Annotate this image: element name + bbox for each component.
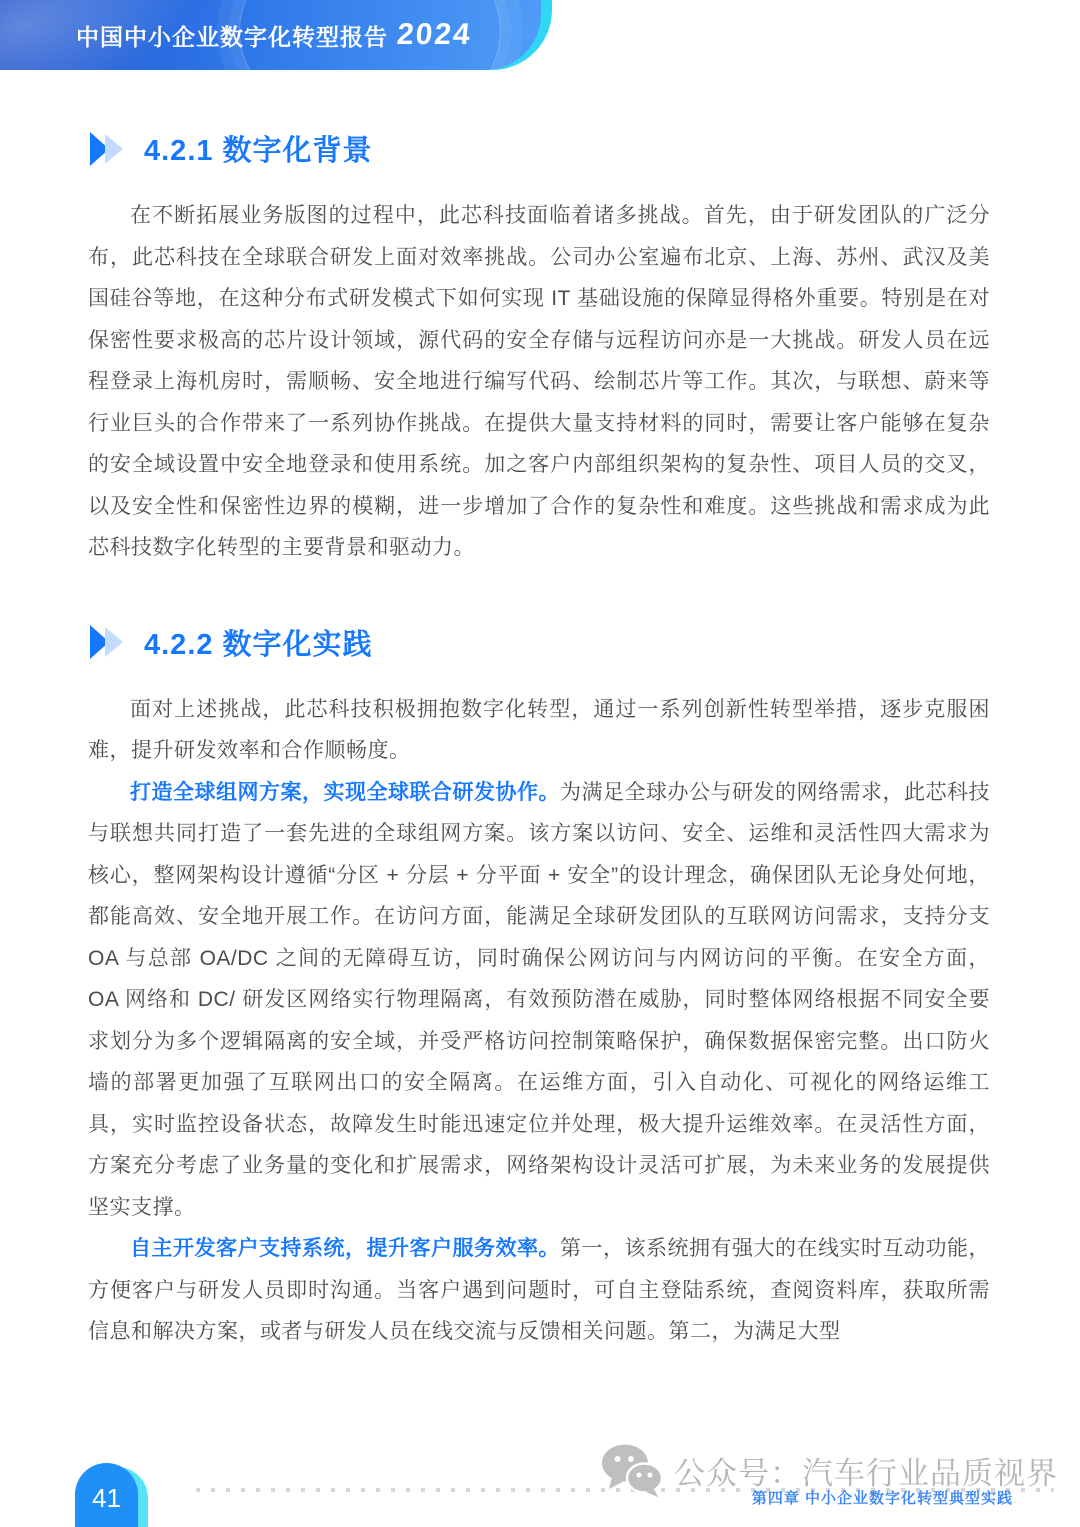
section-title-422: 4.2.2 数字化实践 (144, 622, 373, 663)
page-content: 4.2.1 数字化背景 在不断拓展业务版图的过程中，此芯科技面临着诸多挑战。首先… (88, 128, 990, 1353)
point-lead-text: 自主开发客户支持系统，提升客户服务效率。 (130, 1237, 560, 1260)
double-arrow-icon (90, 131, 130, 167)
chapter-label: 第四章 中小企业数字化转型典型实践 (752, 1487, 1013, 1508)
page-number-badge: 41 (75, 1463, 138, 1527)
report-page: 中国中小企业数字化转型报告 2024 4.2.1 数字化背景 在不断拓展业务版图… (0, 0, 1080, 1527)
report-header-banner: 中国中小企业数字化转型报告 2024 (0, 0, 541, 70)
page-number: 41 (92, 1483, 121, 1514)
banner-content: 中国中小企业数字化转型报告 2024 (0, 0, 541, 70)
point-body-text: 为满足全球办公与研发的网络需求，此芯科技与联想共同打造了一套先进的全球组网方案。… (88, 781, 990, 1219)
background-paragraph: 在不断拓展业务版图的过程中，此芯科技面临着诸多挑战。首先，由于研发团队的广泛分布… (88, 195, 990, 569)
practice-point-1: 打造全球组网方案，实现全球联合研发协作。为满足全球办公与研发的网络需求，此芯科技… (88, 772, 990, 1229)
practice-point-2: 自主开发客户支持系统，提升客户服务效率。第一，该系统拥有强大的在线实时互动功能，… (88, 1228, 990, 1353)
wechat-icon (600, 1443, 664, 1497)
point-lead-text: 打造全球组网方案，实现全球联合研发协作。 (130, 781, 560, 804)
report-title: 中国中小企业数字化转型报告 (76, 19, 388, 52)
section-title-421: 4.2.1 数字化背景 (144, 128, 373, 169)
section-heading-422: 4.2.2 数字化实践 (90, 622, 990, 663)
double-arrow-icon (90, 624, 130, 660)
section-heading-421: 4.2.1 数字化背景 (90, 128, 990, 169)
practice-intro-paragraph: 面对上述挑战，此芯科技积极拥抱数字化转型，通过一系列创新性转型举措，逐步克服困难… (88, 689, 990, 772)
watermark-text: 公众号：汽车行业品质视界 (674, 1448, 1058, 1493)
report-year: 2024 (396, 18, 474, 52)
